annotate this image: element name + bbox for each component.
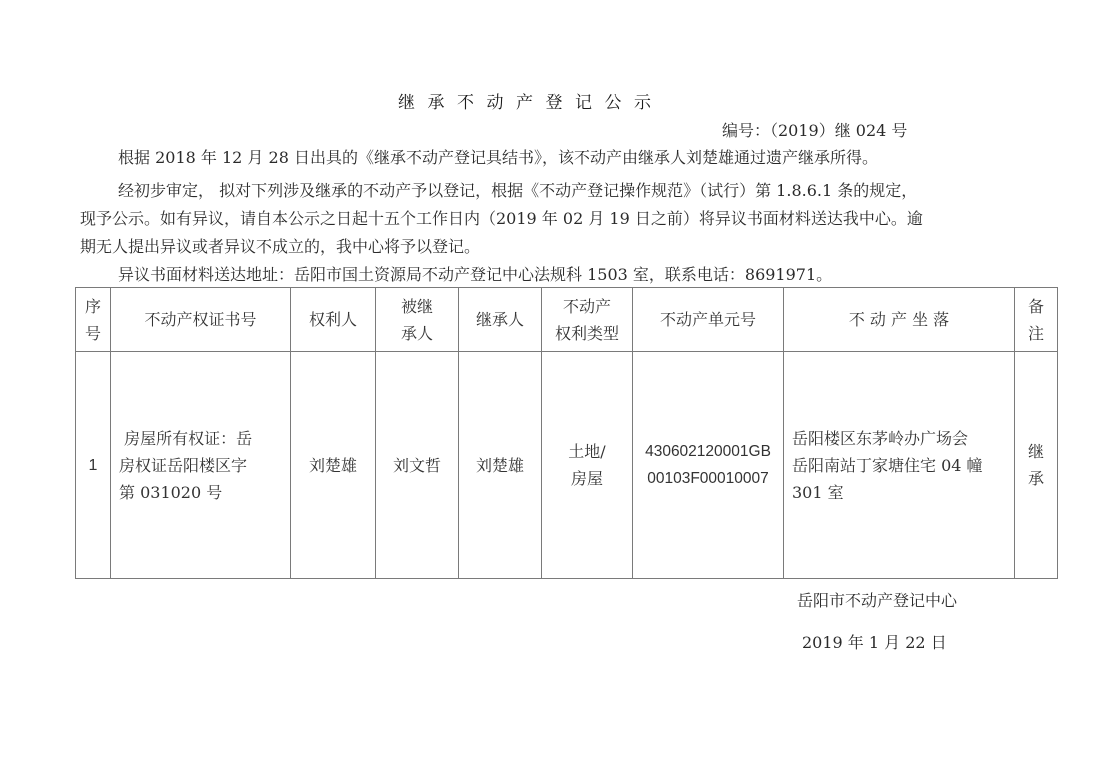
header-certificate-no: 不动产权证书号	[111, 288, 291, 352]
header-index: 序号	[76, 288, 111, 352]
paragraph-contact-address: 异议书面材料送达地址：岳阳市国土资源局不动产登记中心法规科 1503 室，联系电…	[118, 262, 832, 287]
paragraph-basis: 根据 2018 年 12 月 28 日出具的《继承不动产登记具结书》，该不动产由…	[118, 145, 878, 170]
document-number: 编号：（2019）继 024 号	[722, 118, 907, 141]
header-remark: 备注	[1015, 288, 1058, 352]
paragraph-no-objection: 期无人提出异议或者异议不成立的，我中心将予以登记。	[80, 234, 480, 259]
cell-right-holder: 刘楚雄	[291, 352, 376, 579]
table-row: 1 房屋所有权证：岳 房权证岳阳楼区字 第 031020 号 刘楚雄 刘文哲 刘…	[76, 352, 1058, 579]
cell-decedent: 刘文哲	[376, 352, 459, 579]
issue-date: 2019 年 1 月 22 日	[802, 630, 947, 653]
document-title: 继承不动产登记公示	[398, 88, 664, 113]
paragraph-objection-window: 现予公示。如有异议，请自本公示之日起十五个工作日内（2019 年 02 月 19…	[80, 206, 923, 231]
header-decedent: 被继承人	[376, 288, 459, 352]
paragraph-review: 经初步审定， 拟对下列涉及继承的不动产予以登记，根据《不动产登记操作规范》（试行…	[118, 178, 917, 203]
table-header-row: 序号 不动产权证书号 权利人 被继承人 继承人 不动产权利类型 不动产单元号 不…	[76, 288, 1058, 352]
header-right-holder: 权利人	[291, 288, 376, 352]
cell-unit-no: 430602120001GB 00103F00010007	[633, 352, 784, 579]
header-unit-no: 不动产单元号	[633, 288, 784, 352]
header-heir: 继承人	[459, 288, 542, 352]
header-location: 不 动 产 坐 落	[784, 288, 1015, 352]
cell-location: 岳阳楼区东茅岭办广场会 岳阳南站丁家塘住宅 04 幢 301 室	[784, 352, 1015, 579]
registration-table: 序号 不动产权证书号 权利人 被继承人 继承人 不动产权利类型 不动产单元号 不…	[75, 287, 1058, 579]
cell-index: 1	[76, 352, 111, 579]
cell-right-type: 土地/ 房屋	[542, 352, 633, 579]
cell-certificate-no: 房屋所有权证：岳 房权证岳阳楼区字 第 031020 号	[111, 352, 291, 579]
cell-remark: 继 承	[1015, 352, 1058, 579]
cell-heir: 刘楚雄	[459, 352, 542, 579]
issuer-name: 岳阳市不动产登记中心	[797, 588, 957, 611]
header-right-type: 不动产权利类型	[542, 288, 633, 352]
